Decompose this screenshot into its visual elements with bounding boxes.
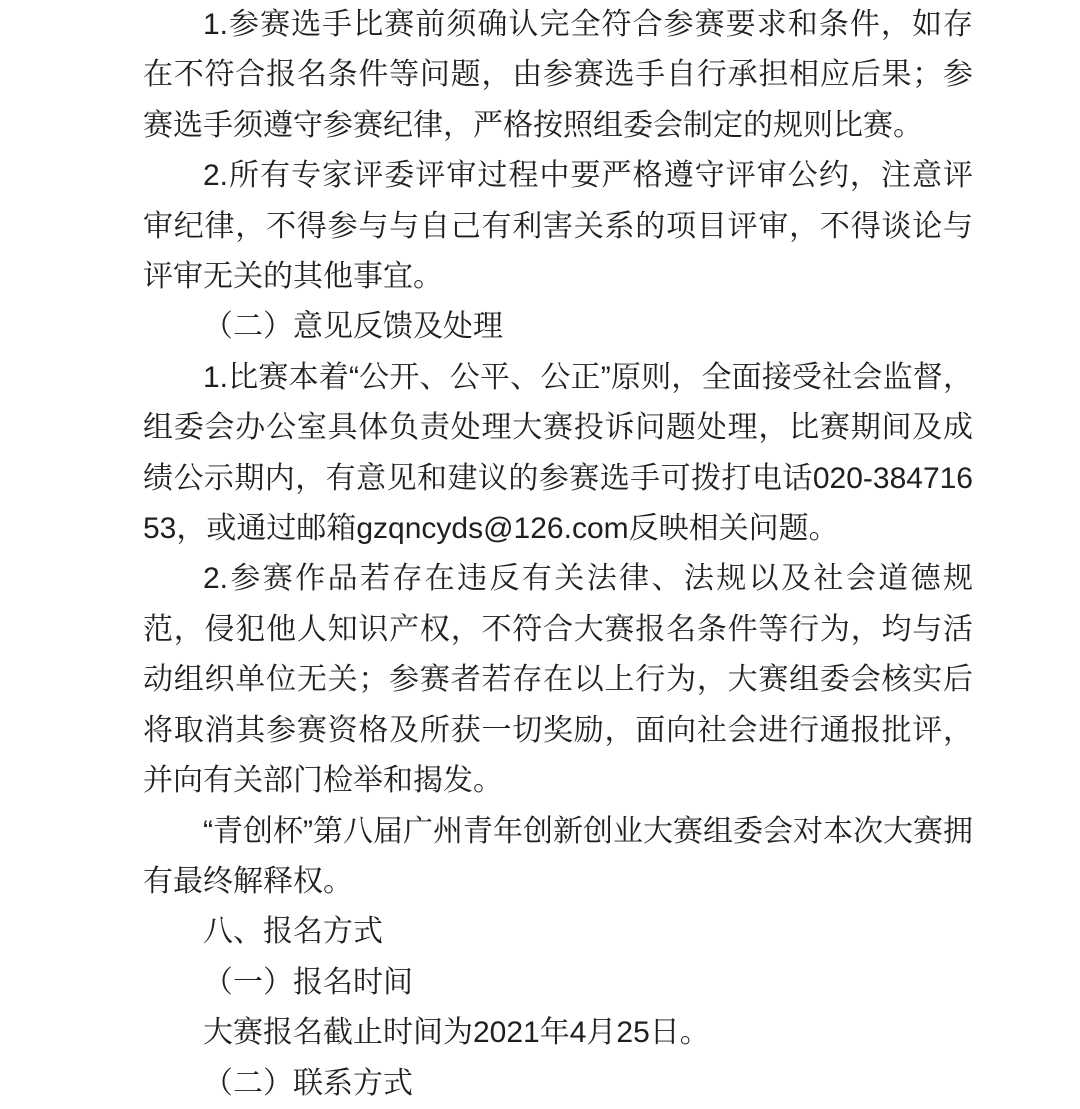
paragraph-registration-deadline: 大赛报名截止时间为2021年4月25日。: [143, 1008, 973, 1058]
paragraph-final-interpretation: “青创杯”第八届广州青年创新创业大赛组委会对本次大赛拥有最终解释权。: [143, 807, 973, 908]
subheading-registration-time: （一）报名时间: [143, 958, 973, 1008]
paragraph-rule-1: 1.参赛选手比赛前须确认完全符合参赛要求和条件，如存在不符合报名条件等问题，由参…: [143, 0, 973, 151]
section-heading-registration: 八、报名方式: [143, 907, 973, 957]
paragraph-feedback-2: 2.参赛作品若存在违反有关法律、法规以及社会道德规范，侵犯他人知识产权，不符合大…: [143, 554, 973, 806]
subheading-contact-method: （二）联系方式: [143, 1059, 973, 1109]
paragraph-feedback-1: 1.比赛本着“公开、公平、公正”原则，全面接受社会监督，组委会办公室具体负责处理…: [143, 353, 973, 555]
subheading-feedback-handling: （二）意见反馈及处理: [143, 302, 973, 352]
paragraph-rule-2: 2.所有专家评委评审过程中要严格遵守评审公约，注意评审纪律，不得参与与自己有利害…: [143, 151, 973, 302]
document-body: 1.参赛选手比赛前须确认完全符合参赛要求和条件，如存在不符合报名条件等问题，由参…: [143, 0, 973, 1109]
document-page: 1.参赛选手比赛前须确认完全符合参赛要求和条件，如存在不符合报名条件等问题，由参…: [0, 0, 1080, 1109]
